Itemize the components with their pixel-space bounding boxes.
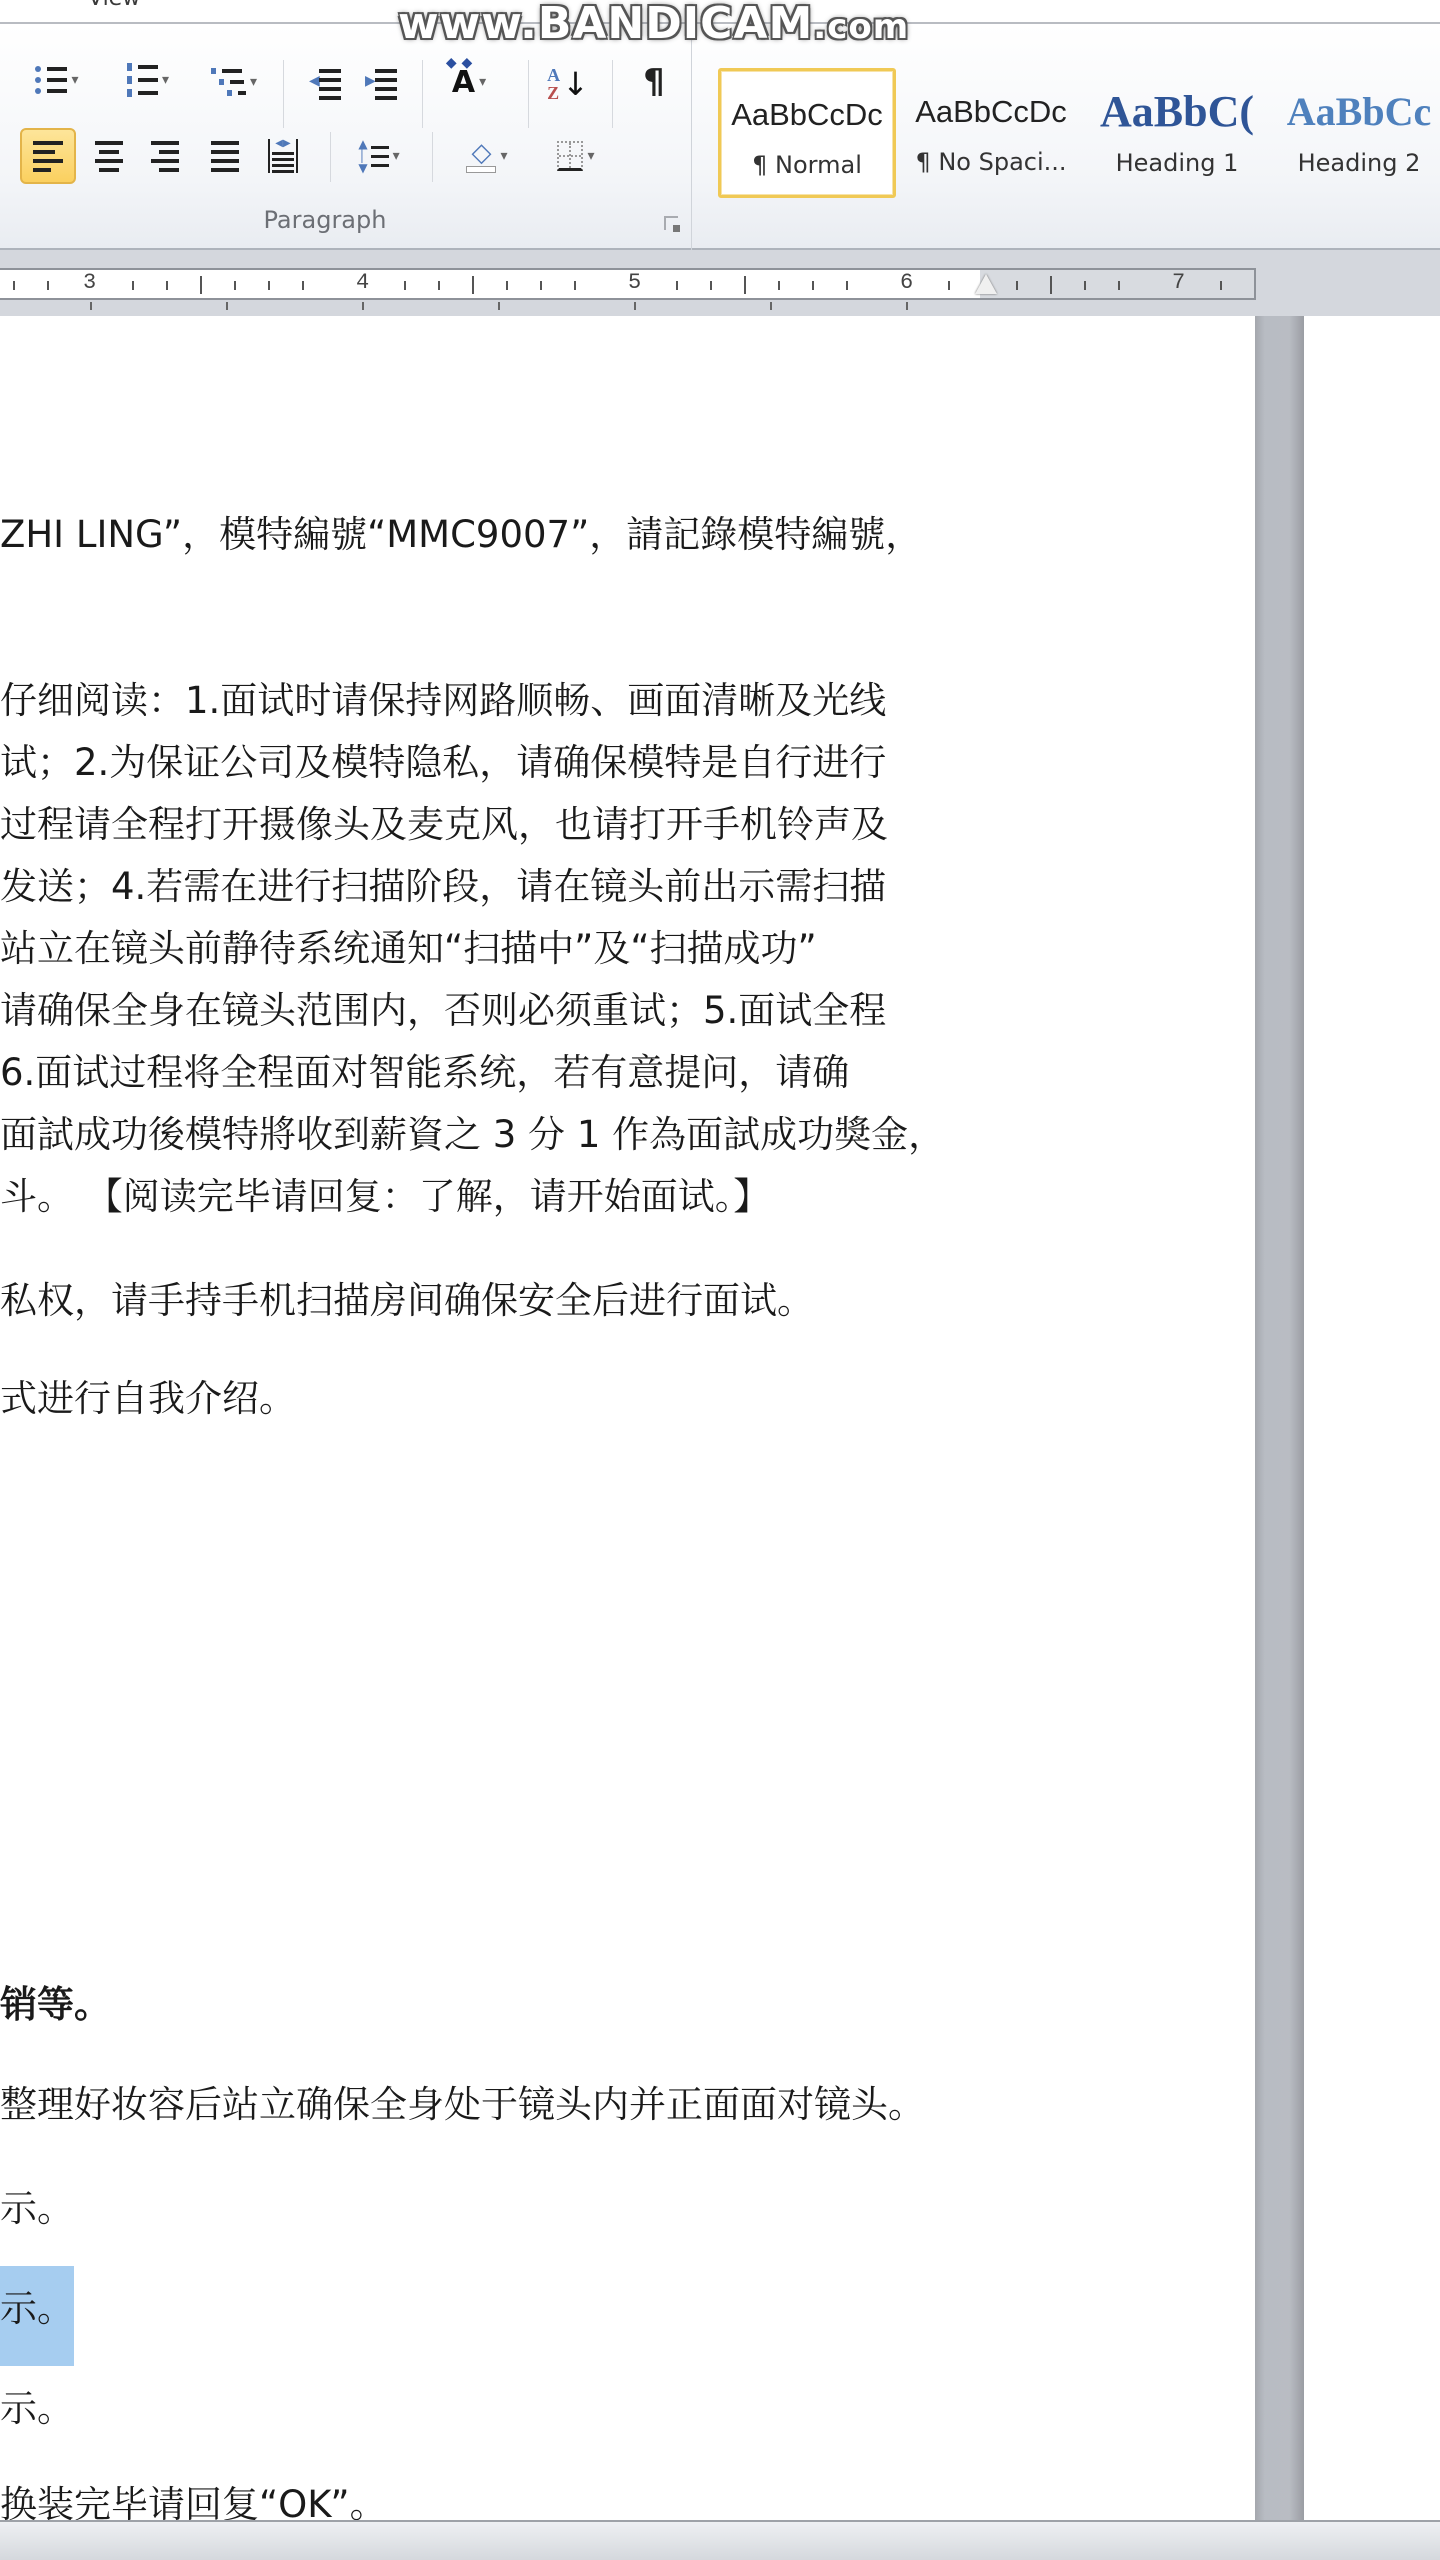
doc-line[interactable]: 试；2.为保证公司及模特隐私，请确保模特是自行进行 <box>0 744 886 781</box>
recorder-watermark: www.BANDICAM.com <box>398 0 909 49</box>
doc-line[interactable]: 过程请全程打开摄像头及麦克风，也请打开手机铃声及 <box>0 806 888 843</box>
tab-stop-marker <box>770 302 772 310</box>
align-right-icon <box>151 141 179 172</box>
increase-indent-button[interactable]: ▶ <box>356 60 406 104</box>
doc-line[interactable]: 斗。 【阅读完毕请回复：了解，请开始面试。】 <box>0 1178 770 1215</box>
separator <box>283 60 284 128</box>
separator <box>422 60 423 128</box>
doc-line[interactable]: 式进行自我介绍。 <box>0 1380 296 1417</box>
tab-stop-marker <box>906 302 908 310</box>
align-center-button[interactable] <box>84 128 134 184</box>
tab-stop-marker <box>362 302 364 310</box>
style-label: Heading 2 <box>1270 149 1440 177</box>
numbered-list-icon <box>127 63 158 97</box>
sort-button[interactable]: A Z ↓ <box>540 56 596 112</box>
tab-stop-marker <box>498 302 500 310</box>
distributed-button[interactable]: ◀▶ <box>258 128 308 184</box>
style-preview: AaBbC( <box>1088 86 1266 137</box>
doc-line[interactable]: 仔细阅读：1.面试时请保持网路顺畅、画面清晰及光线 <box>0 682 886 719</box>
style-preview: AaBbCcDc <box>721 97 893 133</box>
doc-line[interactable]: 面試成功後模特將收到薪資之 3 分 1 作為面試成功獎金， <box>0 1116 945 1153</box>
sort-az-icon: A Z ↓ <box>547 65 589 103</box>
justify-icon <box>211 141 239 172</box>
align-left-button[interactable] <box>20 128 76 184</box>
separator <box>432 132 433 182</box>
multilevel-list-button[interactable]: ▾ <box>198 60 270 104</box>
doc-line[interactable]: 示。 <box>0 2390 74 2427</box>
align-left-icon <box>33 141 63 172</box>
borders-button[interactable]: ▾ <box>540 128 612 184</box>
decrease-indent-button[interactable]: ◀ <box>300 60 350 104</box>
ruler-right-margin <box>980 270 1254 298</box>
line-spacing-button[interactable]: ▲│▼ ▾ <box>344 128 414 184</box>
style-heading-2[interactable]: AaBbCc Heading 2 <box>1270 68 1440 198</box>
align-center-icon <box>95 141 123 172</box>
doc-line[interactable]: 站立在镜头前静待系统通知“扫描中”及“扫描成功” <box>0 930 817 967</box>
style-no-spacing[interactable]: AaBbCcDc ¶ No Spaci... <box>902 68 1080 198</box>
text-direction-button[interactable]: A◆ ◆ ▾ <box>436 60 502 104</box>
styles-gallery: AaBbCcDc ¶ Normal AaBbCcDc ¶ No Spaci...… <box>710 48 1440 208</box>
pilcrow-icon: ¶ <box>643 62 665 102</box>
doc-line[interactable]: 示。 <box>0 2190 74 2227</box>
ruler-number: 7 <box>1172 270 1185 295</box>
tab-stop-marker <box>634 302 636 310</box>
watermark-suffix: .com <box>813 7 909 47</box>
borders-icon <box>557 141 583 171</box>
ruler-number: 5 <box>628 270 641 295</box>
ribbon: ▾ ▾ ▾ ◀ ▶ A◆ ◆ <box>0 24 1440 250</box>
ruler-area: 3 4 5 6 7 <box>0 250 1440 316</box>
adjacent-page <box>1304 316 1440 2520</box>
dialog-launcher-icon[interactable] <box>664 216 678 230</box>
separator <box>612 60 613 128</box>
text-direction-icon: A◆ ◆ <box>452 65 475 100</box>
right-indent-marker[interactable] <box>975 274 997 294</box>
doc-line[interactable]: 私权，请手持手机扫描房间确保安全后进行面试。 <box>0 1282 814 1319</box>
align-right-button[interactable] <box>140 128 190 184</box>
numbering-button[interactable]: ▾ <box>110 60 186 100</box>
doc-line[interactable]: 6.面试过程将全程面对智能系统，若有意提问，请确 <box>0 1054 849 1091</box>
doc-line[interactable]: ZHI LING”，模特編號“MMC9007”，請記錄模特編號， <box>0 516 922 553</box>
bullet-list-icon <box>35 66 67 94</box>
chevron-down-icon: ▾ <box>479 74 486 90</box>
chevron-down-icon: ▾ <box>587 148 594 164</box>
doc-line[interactable]: 整理好妆容后站立确保全身处于镜头内并正面面对镜头。 <box>0 2086 925 2123</box>
doc-line-selected[interactable]: 示。 <box>0 2290 74 2327</box>
style-label: Heading 1 <box>1088 149 1266 177</box>
doc-line[interactable]: 请确保全身在镜头范围内，否则必须重试；5.面试全程 <box>0 992 886 1029</box>
style-label: ¶ No Spaci... <box>902 148 1080 176</box>
style-heading-1[interactable]: AaBbC( Heading 1 <box>1088 68 1266 198</box>
paragraph-group-label: Paragraph <box>0 206 650 234</box>
tab-stop-marker <box>90 302 92 310</box>
ruler-number: 3 <box>83 270 96 295</box>
page-gap-divider <box>1255 316 1304 2520</box>
decrease-indent-icon: ◀ <box>309 67 341 97</box>
shading-button[interactable]: ◇ ▾ <box>446 128 528 184</box>
ruler-number: 6 <box>900 270 913 295</box>
distributed-icon: ◀▶ <box>268 139 298 173</box>
style-normal[interactable]: AaBbCcDc ¶ Normal <box>718 68 896 198</box>
watermark-text: www.BANDICAM <box>398 0 813 49</box>
separator <box>330 132 331 182</box>
chevron-down-icon: ▾ <box>71 72 78 88</box>
chevron-down-icon: ▾ <box>500 148 507 164</box>
show-hide-marks-button[interactable]: ¶ <box>626 60 682 104</box>
increase-indent-icon: ▶ <box>365 67 397 97</box>
bullets-button[interactable]: ▾ <box>22 60 92 100</box>
multilevel-list-icon <box>211 68 246 96</box>
doc-line[interactable]: 换装完毕请回复“OK”。 <box>0 2486 387 2523</box>
ruler-number: 4 <box>356 270 369 295</box>
style-label: ¶ Normal <box>721 151 893 179</box>
chevron-down-icon: ▾ <box>162 72 169 88</box>
justify-button[interactable] <box>200 128 250 184</box>
style-preview: AaBbCc <box>1270 88 1440 135</box>
doc-line[interactable]: 发送；4.若需在进行扫描阶段，请在镜头前出示需扫描 <box>0 868 886 905</box>
style-preview: AaBbCcDc <box>902 94 1080 130</box>
horizontal-ruler[interactable]: 3 4 5 6 7 <box>0 268 1256 300</box>
line-spacing-icon: ▲│▼ <box>358 138 388 174</box>
paragraph-group: ▾ ▾ ▾ ◀ ▶ A◆ ◆ <box>0 24 692 250</box>
separator <box>528 60 529 128</box>
chevron-down-icon: ▾ <box>250 74 257 90</box>
paint-bucket-icon: ◇ <box>466 140 496 173</box>
doc-line-bold[interactable]: 销等。 <box>0 1986 111 2023</box>
chevron-down-icon: ▾ <box>393 148 400 164</box>
tab-view[interactable]: View <box>88 0 140 11</box>
status-bar <box>0 2520 1440 2560</box>
tab-stop-marker <box>226 302 228 310</box>
